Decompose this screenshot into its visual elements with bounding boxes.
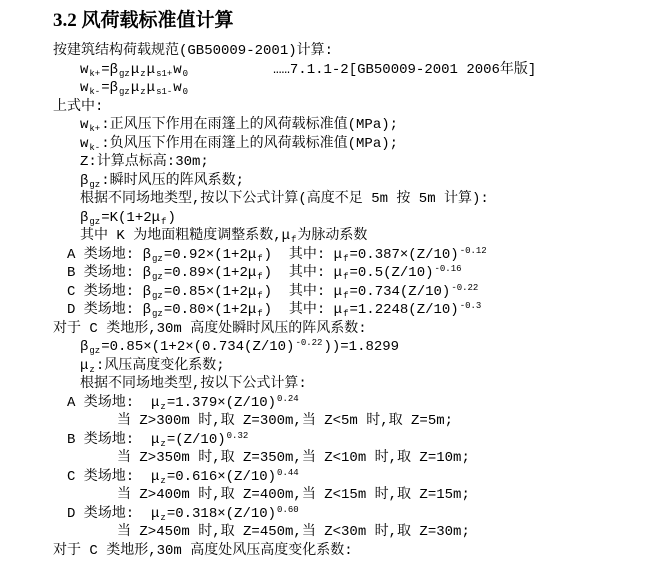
subscript: k+	[89, 69, 100, 79]
text-run: =β	[101, 62, 118, 78]
text-line: wk-:负风压下作用在雨篷上的风荷载标准值(MPa);	[80, 135, 653, 154]
subscript: f	[257, 309, 262, 319]
text-line: 当 Z>300m 时,取 Z=300m,当 Z<5m 时,取 Z=5m;	[117, 412, 653, 431]
text-run: =0.80×(1+2μ	[164, 302, 256, 318]
subscript: f	[291, 235, 296, 245]
subscript: f	[257, 254, 262, 264]
text-run: 当 Z>400m 时,取 Z=400m,当 Z<15m 时,取 Z=15m;	[117, 487, 470, 503]
text-run: =β	[101, 80, 118, 96]
subscript: f	[343, 291, 348, 301]
text-run: w	[80, 117, 88, 133]
superscript: 0.32	[227, 431, 249, 441]
text-run: 对于 C 类地形,30m 高度处瞬时风压的阵风系数:	[53, 321, 367, 337]
superscript: -0.16	[435, 264, 462, 274]
subscript: gz	[152, 309, 163, 319]
document-page: 3.2 风荷载标准值计算 按建筑结构荷载规范(GB50009-2001)计算:w…	[0, 0, 659, 560]
text-run: B 类场地: μ	[67, 432, 159, 448]
text-run: =(Z/10)	[167, 432, 226, 448]
text-line: D 类场地: μz=0.318×(Z/10)0.60	[67, 505, 653, 524]
text-run: μ	[147, 80, 155, 96]
superscript: 0.60	[277, 505, 299, 515]
text-line: D 类场地: βgz=0.80×(1+2μf) 其中: μf=1.2248(Z/…	[67, 301, 653, 320]
text-line: 对于 C 类地形,30m 高度处风压高度变化系数:	[53, 542, 653, 561]
text-line: 根据不同场地类型,按以下公式计算(高度不足 5m 按 5m 计算):	[80, 190, 653, 209]
subscript: gz	[89, 346, 100, 356]
subscript: z	[140, 69, 145, 79]
text-run: ) 其中: μ	[264, 247, 342, 263]
text-run: β	[80, 339, 88, 355]
subscript: z	[89, 365, 94, 375]
text-run: A 类场地: β	[67, 247, 151, 263]
text-run: 为脉动系数	[297, 228, 367, 244]
text-line: 其中 K 为地面粗糙度调整系数,μf为脉动系数	[80, 227, 653, 246]
text-line: μz:风压高度变化系数;	[80, 357, 653, 376]
subscript: gz	[119, 87, 130, 97]
text-run: μ	[147, 62, 155, 78]
subscript: z	[140, 87, 145, 97]
subscript: f	[257, 291, 262, 301]
text-run: :正风压下作用在雨篷上的风荷载标准值(MPa);	[101, 117, 398, 133]
subscript: k-	[89, 143, 100, 153]
text-run: =0.387×(Z/10)	[349, 247, 458, 263]
text-line: 按建筑结构荷载规范(GB50009-2001)计算:	[53, 42, 653, 61]
superscript: -0.3	[460, 301, 482, 311]
subscript: f	[343, 272, 348, 282]
subscript: s1+	[156, 69, 172, 79]
text-run: ))=1.8299	[323, 339, 399, 355]
subscript: z	[160, 513, 165, 523]
text-line: 当 Z>350m 时,取 Z=350m,当 Z<10m 时,取 Z=10m;	[117, 449, 653, 468]
text-line: wk+=βgzμzμs1+w0 ……7.1.1-2[GB50009-2001 2…	[80, 61, 653, 80]
text-run: )	[167, 210, 175, 226]
text-run: w	[173, 62, 181, 78]
text-line: βgz=0.85×(1+2×(0.734(Z/10)-0.22))=1.8299	[80, 338, 653, 357]
subscript: gz	[152, 272, 163, 282]
subscript: gz	[89, 217, 100, 227]
text-line: 当 Z>450m 时,取 Z=450m,当 Z<30m 时,取 Z=30m;	[117, 523, 653, 542]
text-line: 当 Z>400m 时,取 Z=400m,当 Z<15m 时,取 Z=15m;	[117, 486, 653, 505]
text-run: μ	[131, 80, 139, 96]
text-line: B 类场地: βgz=0.89×(1+2μf) 其中: μf=0.5(Z/10)…	[67, 264, 653, 283]
text-run: 上式中:	[53, 99, 103, 115]
text-run: =0.85×(1+2μ	[164, 284, 256, 300]
superscript: 0.24	[277, 394, 299, 404]
text-line: βgz:瞬时风压的阵风系数;	[80, 172, 653, 191]
subscript: z	[160, 476, 165, 486]
subscript: f	[343, 309, 348, 319]
superscript: 0.44	[277, 468, 299, 478]
text-line: βgz=K(1+2μf)	[80, 209, 653, 228]
text-run: 按建筑结构荷载规范(GB50009-2001)计算:	[53, 43, 333, 59]
text-run: ) 其中: μ	[264, 284, 342, 300]
text-run: ) 其中: μ	[264, 265, 342, 281]
text-run: 对于 C 类地形,30m 高度处风压高度变化系数:	[53, 543, 353, 559]
text-run: =0.89×(1+2μ	[164, 265, 256, 281]
text-run: ……7.1.1-2[GB50009-2001 2006年版]	[189, 62, 536, 78]
text-run: =0.92×(1+2μ	[164, 247, 256, 263]
text-run: C 类场地: β	[67, 284, 151, 300]
subscript: gz	[89, 180, 100, 190]
text-run: =0.85×(1+2×(0.734(Z/10)	[101, 339, 294, 355]
superscript: -0.12	[460, 246, 487, 256]
text-run: =K(1+2μ	[101, 210, 160, 226]
document-body: 按建筑结构荷载规范(GB50009-2001)计算:wk+=βgzμzμs1+w…	[53, 42, 653, 560]
text-run: 根据不同场地类型,按以下公式计算:	[80, 376, 307, 392]
text-line: A 类场地: μz=1.379×(Z/10)0.24	[67, 394, 653, 413]
page-title: 3.2 风荷载标准值计算	[53, 9, 653, 33]
text-line: wk+:正风压下作用在雨篷上的风荷载标准值(MPa);	[80, 116, 653, 135]
subscript: gz	[152, 291, 163, 301]
text-run: :风压高度变化系数;	[96, 358, 225, 374]
subscript: k-	[89, 87, 100, 97]
text-line: 上式中:	[53, 98, 653, 117]
subscript: f	[343, 254, 348, 264]
subscript: s1-	[156, 87, 172, 97]
text-run: β	[80, 173, 88, 189]
text-run: B 类场地: β	[67, 265, 151, 281]
subscript: gz	[119, 69, 130, 79]
text-run: w	[173, 80, 181, 96]
text-run: :负风压下作用在雨篷上的风荷载标准值(MPa);	[101, 136, 398, 152]
text-run: 当 Z>350m 时,取 Z=350m,当 Z<10m 时,取 Z=10m;	[117, 450, 470, 466]
text-run: A 类场地: μ	[67, 395, 159, 411]
text-run: μ	[80, 358, 88, 374]
text-run: D 类场地: μ	[67, 506, 159, 522]
superscript: -0.22	[451, 283, 478, 293]
text-run: =0.318×(Z/10)	[167, 506, 276, 522]
text-run: w	[80, 62, 88, 78]
text-run: =0.5(Z/10)	[349, 265, 433, 281]
superscript: -0.22	[295, 338, 322, 348]
text-run: β	[80, 210, 88, 226]
subscript: 0	[183, 87, 188, 97]
subscript: gz	[152, 254, 163, 264]
text-line: Z:计算点标高:30m;	[80, 153, 653, 172]
text-line: 根据不同场地类型,按以下公式计算:	[80, 375, 653, 394]
text-run: =1.379×(Z/10)	[167, 395, 276, 411]
text-run: 当 Z>300m 时,取 Z=300m,当 Z<5m 时,取 Z=5m;	[117, 413, 453, 429]
text-run: D 类场地: β	[67, 302, 151, 318]
text-run: =1.2248(Z/10)	[349, 302, 458, 318]
text-run: 当 Z>450m 时,取 Z=450m,当 Z<30m 时,取 Z=30m;	[117, 524, 470, 540]
subscript: 0	[183, 69, 188, 79]
text-run: w	[80, 136, 88, 152]
text-run: =0.734(Z/10)	[349, 284, 450, 300]
subscript: f	[161, 217, 166, 227]
subscript: k+	[89, 124, 100, 134]
text-run: 根据不同场地类型,按以下公式计算(高度不足 5m 按 5m 计算):	[80, 191, 489, 207]
text-run: Z:计算点标高:30m;	[80, 154, 209, 170]
text-run: 其中 K 为地面粗糙度调整系数,μ	[80, 228, 290, 244]
text-run: =0.616×(Z/10)	[167, 469, 276, 485]
subscript: f	[257, 272, 262, 282]
text-line: 对于 C 类地形,30m 高度处瞬时风压的阵风系数:	[53, 320, 653, 339]
text-line: A 类场地: βgz=0.92×(1+2μf) 其中: μf=0.387×(Z/…	[67, 246, 653, 265]
text-run: :瞬时风压的阵风系数;	[101, 173, 244, 189]
text-line: C 类场地: βgz=0.85×(1+2μf) 其中: μf=0.734(Z/1…	[67, 283, 653, 302]
text-run: μ	[131, 62, 139, 78]
text-run: C 类场地: μ	[67, 469, 159, 485]
text-line: B 类场地: μz=(Z/10)0.32	[67, 431, 653, 450]
subscript: z	[160, 402, 165, 412]
text-run: ) 其中: μ	[264, 302, 342, 318]
text-line: C 类场地: μz=0.616×(Z/10)0.44	[67, 468, 653, 487]
text-run: w	[80, 80, 88, 96]
text-line: wk-=βgzμzμs1-w0	[80, 79, 653, 98]
subscript: z	[160, 439, 165, 449]
